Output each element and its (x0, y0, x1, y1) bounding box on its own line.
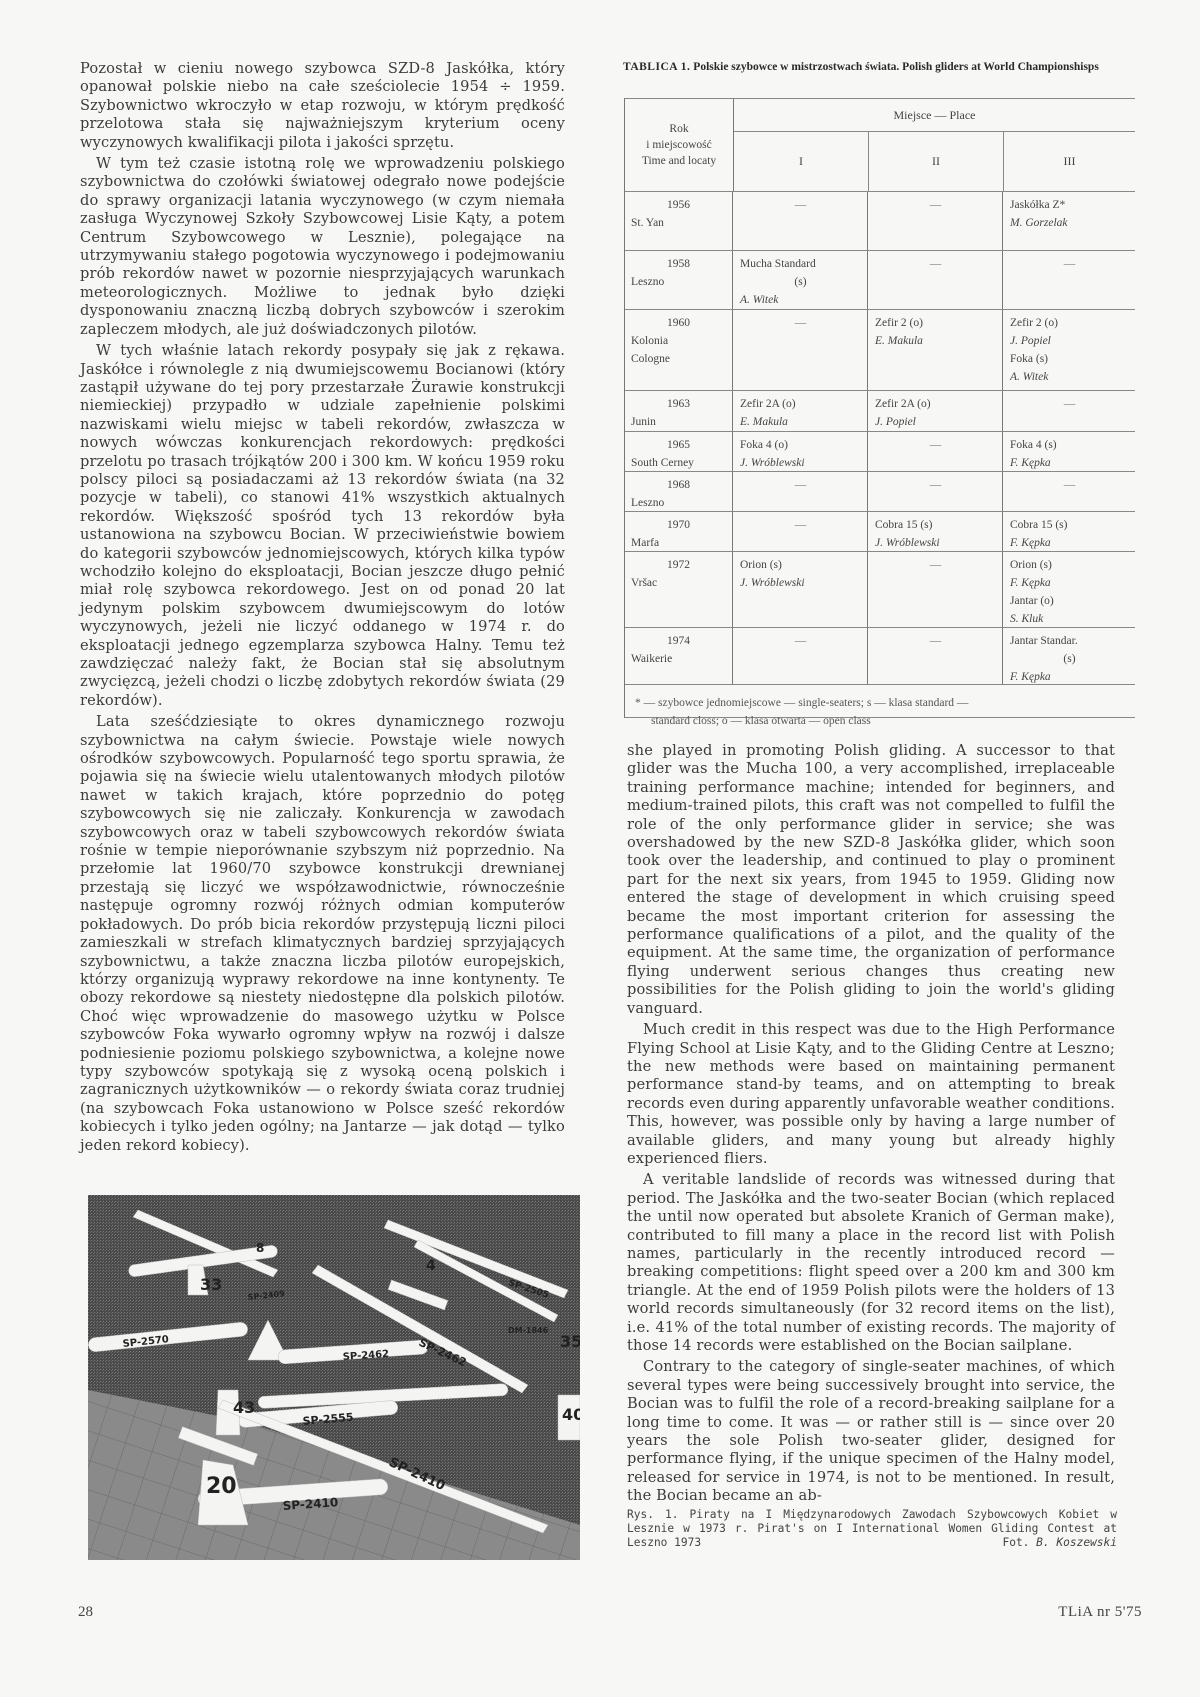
table-header: Rok i miejscowość Time and locaty Miejsc… (625, 99, 1135, 192)
legend-line: * — szybowce jednomiejscowe — single-sea… (635, 697, 968, 709)
gliders-photo-illustration: SP-2570 SP-2462 SP-2555 SP-2410 SP-2410 … (88, 1195, 580, 1560)
empty-marker: — (875, 436, 996, 454)
cell-year-location: 1958Leszno (625, 251, 733, 309)
cell-place-i: Zefir 2A (o)E. Makula (734, 391, 868, 431)
table-row: 1970Marfa—Cobra 15 (s)J. WróblewskiCobra… (625, 512, 1135, 552)
cell-place-ii: — (869, 432, 1003, 471)
glider-name: Zefir 2A (o) (740, 395, 861, 413)
empty-marker: — (740, 516, 861, 534)
empty-marker: — (740, 314, 861, 332)
table-legend: * — szybowce jednomiejscowe — single-sea… (625, 685, 1135, 730)
cell-place-iii: Zefir 2 (o)J. PopielFoka (s)A. Witek (1004, 310, 1135, 390)
cell-year: 1970 (631, 516, 726, 534)
table-row: 1958LesznoMucha Standard(s)A. Witek—— (625, 251, 1135, 310)
glider-name: Jaskółka Z* (1010, 196, 1129, 214)
cell-place-i: Foka 4 (o)J. Wróblewski (734, 432, 868, 471)
cell-location: Marfa (631, 534, 726, 552)
pilot-name: M. Gorzelak (1010, 214, 1129, 232)
empty-marker: — (1010, 476, 1129, 494)
cell-year: 1960 (631, 314, 726, 332)
table-row: 1968Leszno——— (625, 472, 1135, 512)
cell-place-i: — (734, 192, 868, 250)
glider-name: Orion (s) (740, 556, 861, 574)
table-row: 1972VršacOrion (s)J. Wróblewski—Orion (s… (625, 552, 1135, 628)
pilot-name: J. Wróblewski (740, 574, 861, 592)
header-text: i miejscowość (646, 137, 711, 153)
cell-year-location: 1960KoloniaCologne (625, 310, 733, 390)
pilot-name: F. Kępka (1010, 668, 1129, 686)
cell-place-ii: Zefir 2 (o)E. Makula (869, 310, 1003, 390)
cell-year: 1968 (631, 476, 726, 494)
cell-place-iii: — (1004, 251, 1135, 309)
svg-text:35: 35 (560, 1332, 580, 1351)
glider-name: (s) (740, 273, 861, 291)
table-row: 1974Waikerie——Jantar Standar.(s)F. Kępka (625, 628, 1135, 685)
cell-place-iii: — (1004, 472, 1135, 511)
empty-marker: — (1010, 395, 1129, 413)
credit-name: B. Koszewski (1036, 1536, 1117, 1549)
english-article-column: she played in promoting Polish gliding. … (627, 742, 1115, 1506)
glider-name: Jantar Standar. (1010, 632, 1129, 650)
paragraph: W tych właśnie latach rekordy posypały s… (80, 342, 565, 710)
paragraph: W tym też czasie istotną rolę we wprowad… (80, 155, 565, 339)
legend-line: standard closs; o — klasa otwarta — open… (635, 712, 1127, 730)
pilot-name: E. Makula (875, 332, 996, 350)
cell-place-i: Mucha Standard(s)A. Witek (734, 251, 868, 309)
table-row: 1956St. Yan——Jaskółka Z*M. Gorzelak (625, 192, 1135, 251)
pilot-name: J. Popiel (875, 413, 996, 431)
glider-name: (s) (1010, 650, 1129, 668)
cell-place-ii: — (869, 552, 1003, 627)
cell-location: Leszno (631, 273, 726, 291)
cell-year-location: 1968Leszno (625, 472, 733, 511)
cell-year-location: 1972Vršac (625, 552, 733, 627)
empty-marker: — (740, 632, 861, 650)
table-legend-row: * — szybowce jednomiejscowe — single-sea… (625, 685, 1135, 743)
glider-name: Orion (s) (1010, 556, 1129, 574)
cell-year: 1972 (631, 556, 726, 574)
cell-year: 1974 (631, 632, 726, 650)
cell-year: 1965 (631, 436, 726, 454)
page-number: 28 (78, 1604, 93, 1621)
cell-location: South Cerney (631, 454, 726, 472)
empty-marker: — (875, 255, 996, 273)
glider-name: Foka 4 (o) (740, 436, 861, 454)
cell-location: Vršac (631, 574, 726, 592)
header-text: Rok (669, 121, 688, 137)
cell-location: St. Yan (631, 214, 726, 232)
svg-text:43: 43 (233, 1398, 255, 1417)
svg-text:4: 4 (426, 1258, 436, 1274)
pilot-name: A. Witek (1010, 368, 1129, 386)
glider-name: Zefir 2 (o) (1010, 314, 1129, 332)
cell-location: Waikerie (631, 650, 726, 668)
empty-marker: — (875, 632, 996, 650)
paragraph: Lata sześćdziesiąte to okres dynamiczneg… (80, 713, 565, 1155)
glider-name: Mucha Standard (740, 255, 861, 273)
credit-label: Fot. (1002, 1536, 1029, 1549)
cell-year-location: 1956St. Yan (625, 192, 733, 250)
gliders-photo: SP-2570 SP-2462 SP-2555 SP-2410 SP-2410 … (88, 1195, 580, 1560)
cell-place-i: — (734, 512, 868, 551)
photo-credit: Fot. B. Koszewski (1002, 1536, 1117, 1550)
cell-year-location: 1963Junin (625, 391, 733, 431)
cell-location: Leszno (631, 494, 726, 512)
svg-text:40: 40 (562, 1405, 580, 1424)
pilot-name: F. Kępka (1010, 454, 1129, 472)
table-row: 1963JuninZefir 2A (o)E. MakulaZefir 2A (… (625, 391, 1135, 432)
cell-place-ii: Cobra 15 (s)J. Wróblewski (869, 512, 1003, 551)
cell-year: 1958 (631, 255, 726, 273)
header-text: Time and locaty (642, 153, 716, 169)
svg-text:DM-1846: DM-1846 (508, 1326, 549, 1335)
glider-name: Foka (s) (1010, 350, 1129, 368)
empty-marker: — (875, 476, 996, 494)
paragraph: she played in promoting Polish gliding. … (627, 742, 1115, 1018)
pilot-name: E. Makula (740, 413, 861, 431)
figure-caption: Rys. 1. Piraty na I Międzynarodowych Zaw… (627, 1508, 1117, 1550)
table-caption: TABLICA 1. Polskie szybowce w mistrzostw… (623, 58, 1138, 77)
table-row: 1960KoloniaCologne—Zefir 2 (o)E. MakulaZ… (625, 310, 1135, 391)
glider-name: Cobra 15 (s) (1010, 516, 1129, 534)
cell-place-ii: — (869, 628, 1003, 684)
header-place-group: Miejsce — Place (734, 99, 1135, 132)
issue-label: TLiA nr 5'75 (1058, 1604, 1142, 1621)
pilot-name: J. Wróblewski (740, 454, 861, 472)
cell-place-ii: — (869, 192, 1003, 250)
empty-marker: — (740, 476, 861, 494)
cell-year-location: 1970Marfa (625, 512, 733, 551)
svg-text:20: 20 (206, 1474, 237, 1499)
cell-place-iii: Jaskółka Z*M. Gorzelak (1004, 192, 1135, 250)
pilot-name: F. Kępka (1010, 574, 1129, 592)
glider-name: Zefir 2A (o) (875, 395, 996, 413)
pilot-name: A. Witek (740, 291, 861, 309)
table-label: TABLICA 1. (623, 61, 690, 73)
svg-text:8: 8 (256, 1241, 264, 1255)
pilot-name: F. Kępka (1010, 534, 1129, 552)
glider-name: Jantar (o) (1010, 592, 1129, 610)
table-row: 1965South CerneyFoka 4 (o)J. Wróblewski—… (625, 432, 1135, 472)
table-title: Polskie szybowce w mistrzostwach świata.… (693, 61, 1099, 73)
paragraph: A veritable landslide of records was wit… (627, 1171, 1115, 1355)
cell-year-location: 1965South Cerney (625, 432, 733, 471)
empty-marker: — (1010, 255, 1129, 273)
cell-place-ii: Zefir 2A (o)J. Popiel (869, 391, 1003, 431)
cell-place-i: — (734, 472, 868, 511)
cell-year-location: 1974Waikerie (625, 628, 733, 684)
glider-name: Cobra 15 (s) (875, 516, 996, 534)
cell-place-i: — (734, 310, 868, 390)
header-place-2: II (869, 132, 1004, 191)
polish-article-column: Pozostał w cieniu nowego szybowca SZD-8 … (80, 60, 565, 1155)
pilot-name: J. Wróblewski (875, 534, 996, 552)
cell-place-ii: — (869, 251, 1003, 309)
cell-place-iii: Jantar Standar.(s)F. Kępka (1004, 628, 1135, 684)
table-body: 1956St. Yan——Jaskółka Z*M. Gorzelak1958L… (625, 192, 1135, 743)
header-year-location: Rok i miejscowość Time and locaty (625, 99, 734, 191)
cell-place-iii: Cobra 15 (s)F. Kępka (1004, 512, 1135, 551)
cell-place-ii: — (869, 472, 1003, 511)
paragraph: Pozostał w cieniu nowego szybowca SZD-8 … (80, 60, 565, 152)
cell-place-i: — (734, 628, 868, 684)
glider-name: Foka 4 (s) (1010, 436, 1129, 454)
cell-location: Junin (631, 413, 726, 431)
svg-text:33: 33 (200, 1275, 222, 1294)
cell-place-iii: — (1004, 391, 1135, 431)
header-place-1: I (734, 132, 869, 191)
empty-marker: — (740, 196, 861, 214)
cell-place-iii: Orion (s)F. KępkaJantar (o)S. Kluk (1004, 552, 1135, 627)
championships-table: Rok i miejscowość Time and locaty Miejsc… (624, 98, 1135, 718)
cell-location: Kolonia (631, 332, 726, 350)
empty-marker: — (875, 556, 996, 574)
pilot-name: S. Kluk (1010, 610, 1129, 628)
cell-year: 1963 (631, 395, 726, 413)
paragraph: Much credit in this respect was due to t… (627, 1021, 1115, 1168)
cell-place-iii: Foka 4 (s)F. Kępka (1004, 432, 1135, 471)
pilot-name: J. Popiel (1010, 332, 1129, 350)
empty-marker: — (875, 196, 996, 214)
cell-place-i: Orion (s)J. Wróblewski (734, 552, 868, 627)
cell-year: 1956 (631, 196, 726, 214)
paragraph: Contrary to the category of single-seate… (627, 1358, 1115, 1505)
header-place-3: III (1004, 132, 1135, 191)
glider-name: Zefir 2 (o) (875, 314, 996, 332)
cell-location: Cologne (631, 350, 726, 368)
